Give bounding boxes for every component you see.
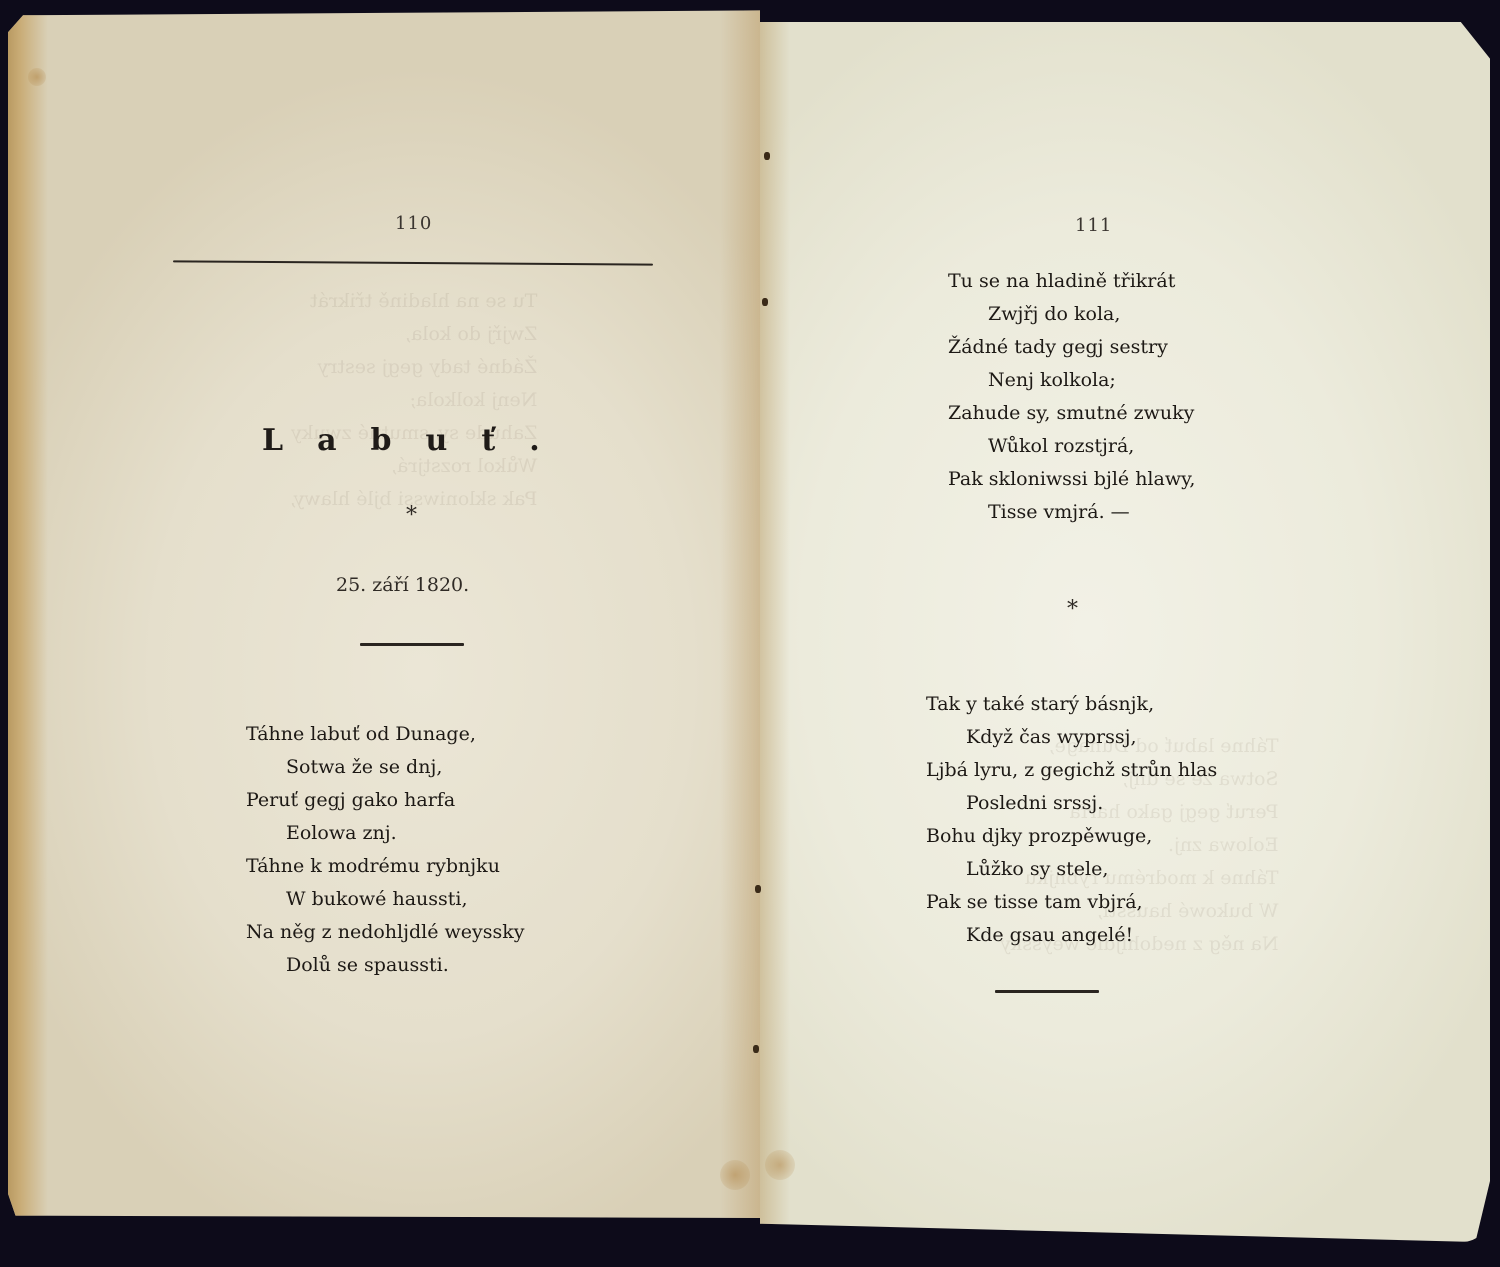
- left-page: [8, 8, 760, 1218]
- verse-line: Pak se tisse tam vbjrá,: [926, 886, 1217, 919]
- asterism-icon: *: [1067, 597, 1078, 622]
- verse-line: W bukowé haussti,: [246, 883, 525, 916]
- title-letter: ť.: [481, 423, 573, 458]
- paper-stain: [28, 68, 46, 86]
- binding-thread: [753, 1045, 759, 1053]
- paper-stain: [765, 1150, 795, 1180]
- verse-line: Na něg z nedohljdlé weyssky: [246, 916, 525, 949]
- page-number-left: 110: [395, 213, 432, 234]
- verse-line: Bohu djky prozpěwuge,: [926, 820, 1217, 853]
- verse-line: Tu se na hladině třikrát: [948, 265, 1195, 298]
- verse-line: Zwjřj do kola,: [948, 298, 1195, 331]
- verse-line: Kde gsau angelé!: [926, 919, 1217, 952]
- verse-line: Tak y také starý básnjk,: [926, 688, 1217, 721]
- verse-line: Dolů se spaussti.: [246, 949, 525, 982]
- section-rule: [360, 643, 464, 646]
- right-page: [760, 22, 1490, 1242]
- title-letter: L: [262, 423, 317, 458]
- verse-line: Když čas wyprssj,: [926, 721, 1217, 754]
- verse-line: Sotwa že se dnj,: [246, 751, 525, 784]
- stanza-right-1: Tu se na hladině třikrát Zwjřj do kola, …: [948, 265, 1195, 529]
- title-letter: b: [371, 423, 426, 458]
- verse-line: Posledni srssj.: [926, 787, 1217, 820]
- title-letter: u: [426, 423, 482, 458]
- verse-line: Zahude sy, smutné zwuky: [948, 397, 1195, 430]
- binding-thread: [762, 298, 768, 306]
- verse-line: Nenj kolkola;: [948, 364, 1195, 397]
- binding-thread: [755, 885, 761, 893]
- verse-line: Táhne labuť od Dunage,: [246, 718, 525, 751]
- verse-line: Peruť gegj gako harfa: [246, 784, 525, 817]
- verse-line: Eolowa znj.: [246, 817, 525, 850]
- poem-title: Labuť.: [262, 423, 562, 458]
- verse-line: Pak skloniwssi bjlé hlawy,: [948, 463, 1195, 496]
- poem-date: 25. září 1820.: [336, 574, 469, 596]
- stanza-left: Táhne labuť od Dunage, Sotwa že se dnj, …: [246, 718, 525, 982]
- stanza-right-2: Tak y také starý básnjk, Když čas wyprss…: [926, 688, 1217, 952]
- verse-line: Wůkol rozstjrá,: [948, 430, 1195, 463]
- verse-line: Táhne k modrému rybnjku: [246, 850, 525, 883]
- verse-line: Lůžko sy stele,: [926, 853, 1217, 886]
- open-book: Tu se na hladině třikrát Zwjřj do kola, …: [0, 0, 1500, 1267]
- page-number-right: 111: [1075, 215, 1112, 236]
- verse-line: Tisse vmjrá. —: [948, 496, 1195, 529]
- title-letter: a: [317, 423, 370, 458]
- end-rule: [995, 990, 1099, 993]
- asterism-icon: *: [406, 503, 417, 528]
- verse-line: Žádné tady gegj sestry: [948, 331, 1195, 364]
- verse-line: Ljbá lyru, z gegichž strůn hlas: [926, 754, 1217, 787]
- show-through-text: Tu se na hladině třikrát Zwjřj do kola, …: [290, 285, 537, 516]
- binding-thread: [764, 152, 770, 160]
- paper-stain: [720, 1160, 750, 1190]
